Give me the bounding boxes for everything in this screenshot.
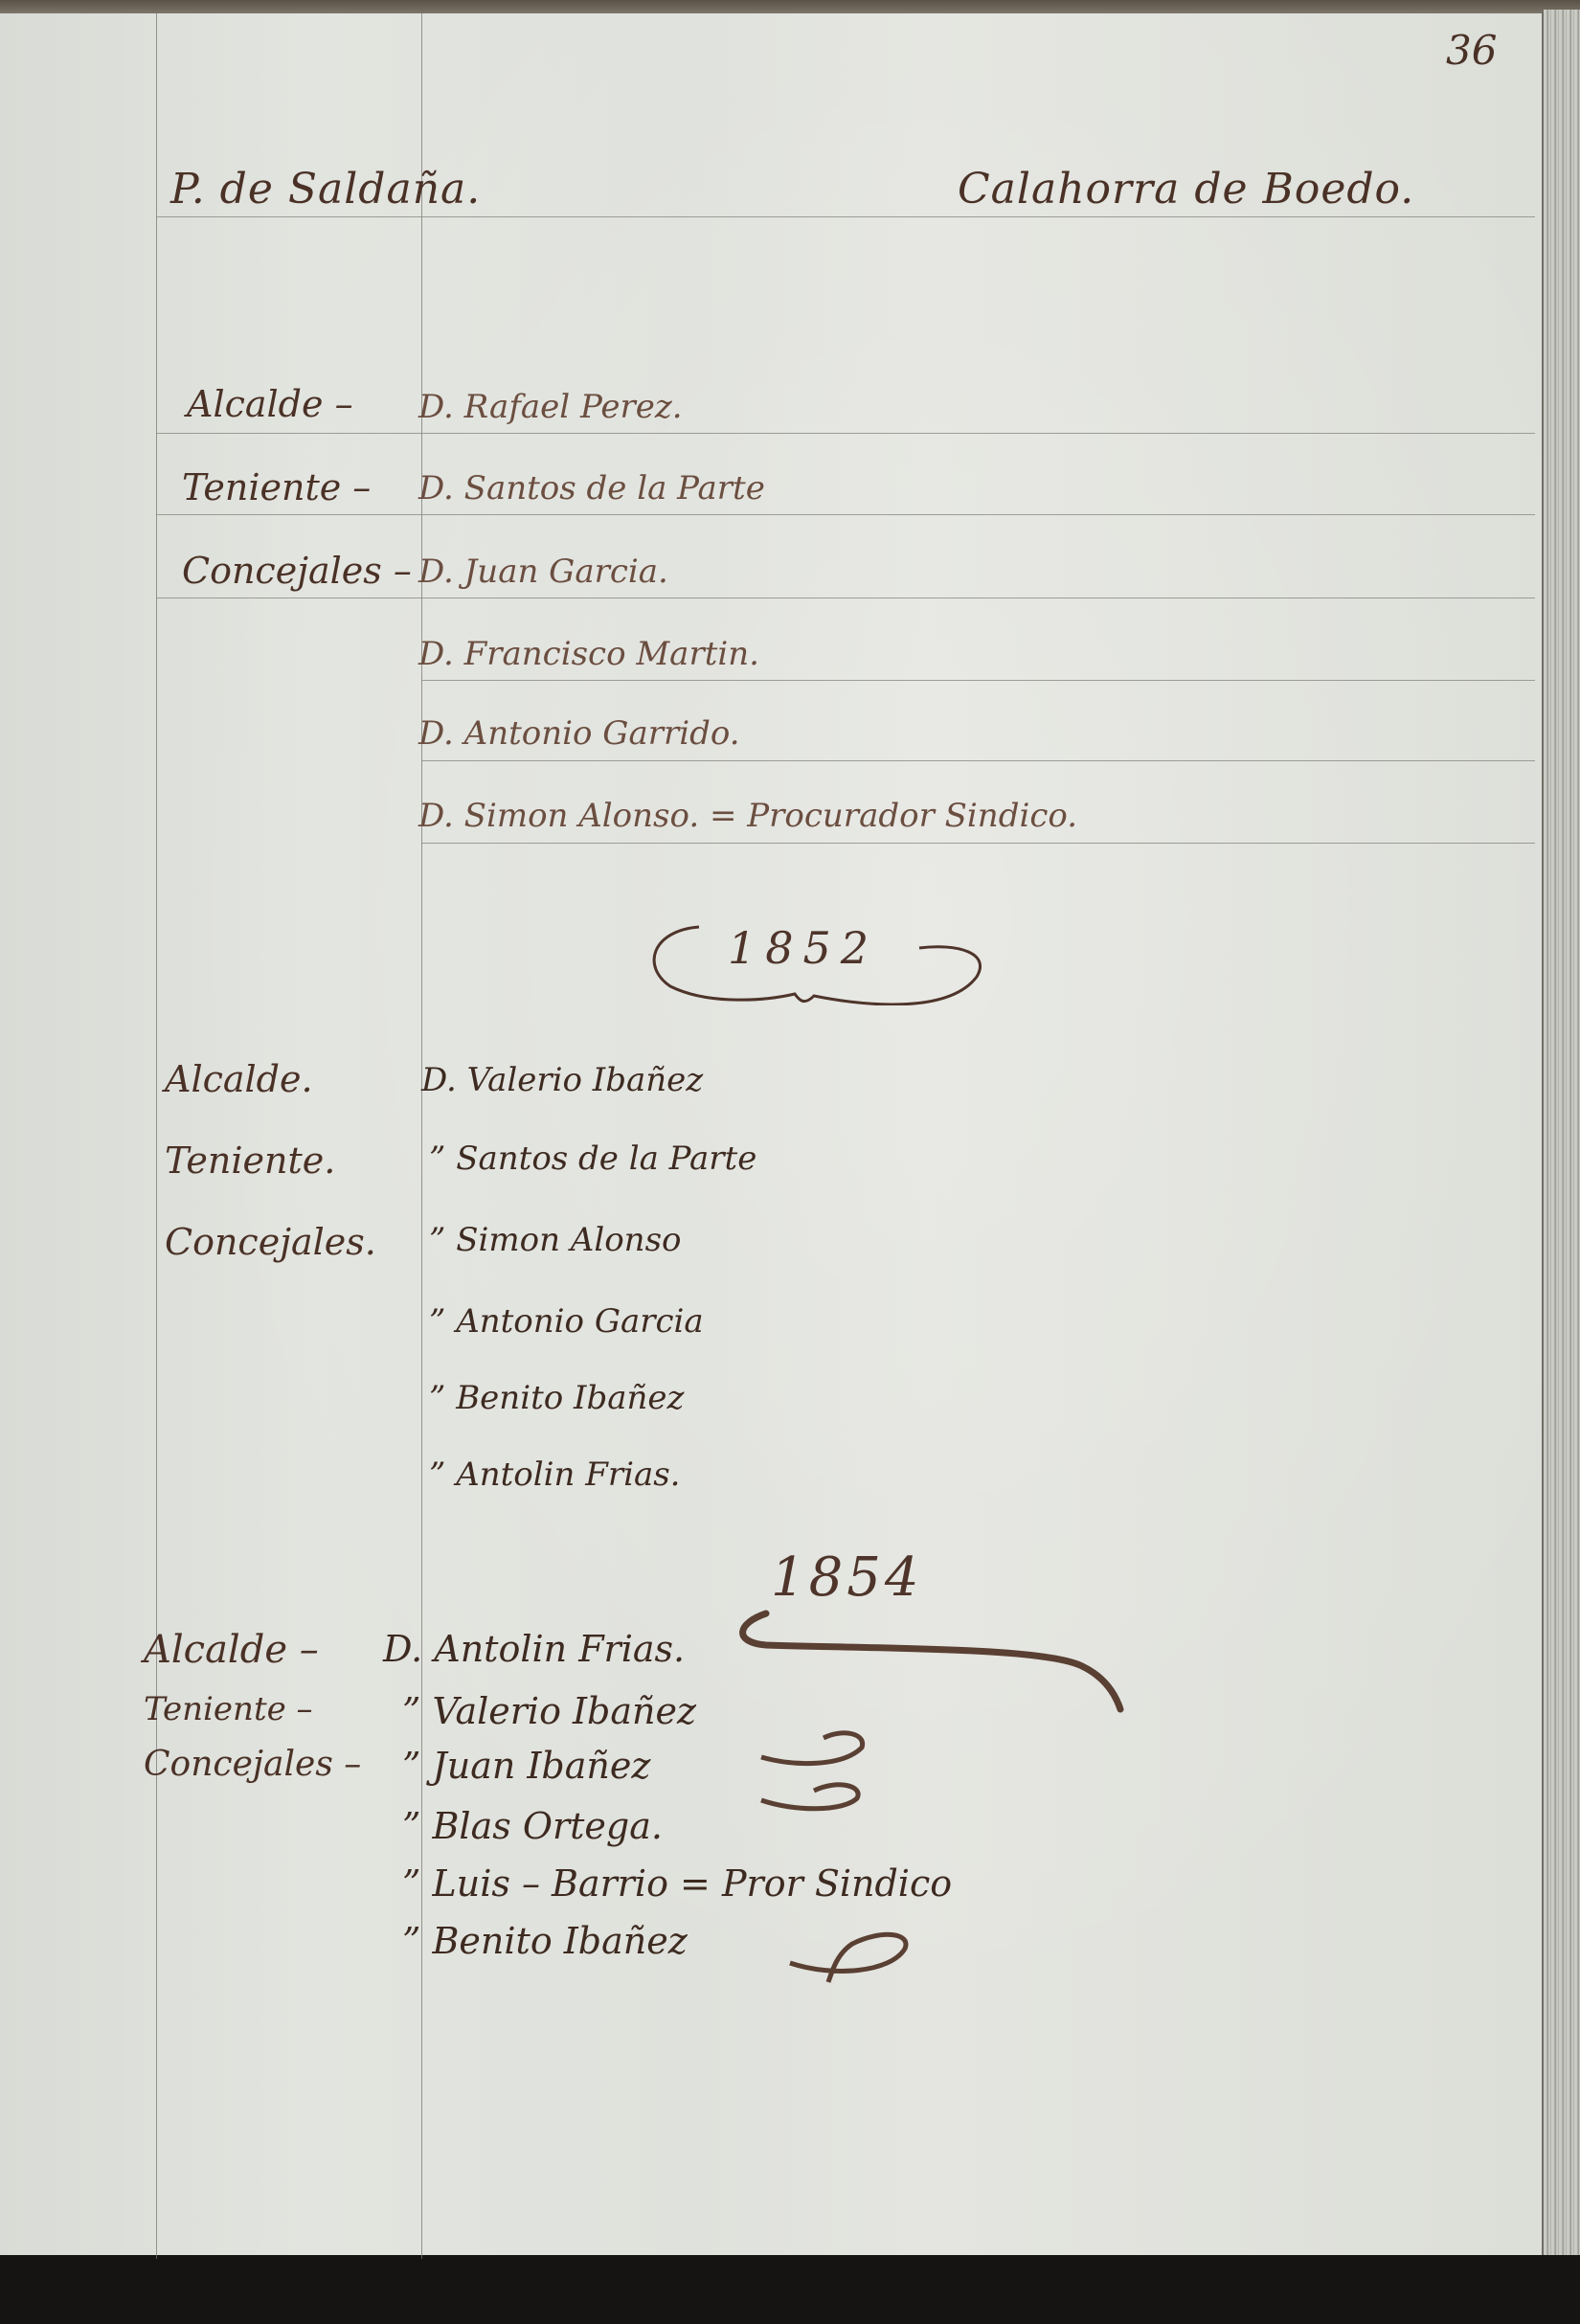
year-heading: 1852 [728, 922, 878, 974]
role-label: Concejales – [144, 1745, 361, 1784]
name-entry: D. Valerio Ibañez [421, 1061, 703, 1099]
role-label: Alcalde. [165, 1058, 313, 1100]
ruled-line [156, 433, 1535, 434]
ruled-line [421, 680, 1535, 681]
name-entry: ” Santos de la Parte [429, 1139, 756, 1178]
name-entry: D. Simon Alonso. = Procurador Sindico. [418, 797, 1077, 835]
name-entry: ” Benito Ibañez [429, 1379, 684, 1417]
name-entry: ” Luis – Barrio = Pror Sindico [402, 1862, 952, 1905]
scan-background [0, 2255, 1580, 2324]
role-label: Concejales. [165, 1221, 376, 1263]
name-entry: D. Santos de la Parte [418, 469, 765, 508]
role-label: Teniente – [144, 1690, 313, 1728]
ruled-line [421, 760, 1535, 761]
name-entry: ” Benito Ibañez [402, 1920, 688, 1962]
year-heading: 1854 [771, 1546, 923, 1609]
role-label: Teniente – [182, 466, 371, 508]
name-entry: ” Juan Ibañez [402, 1745, 650, 1787]
name-entry: ” Antonio Garcia [429, 1302, 704, 1341]
margin-rule-left [156, 13, 157, 2259]
name-entry: D. Rafael Perez. [418, 388, 683, 426]
name-entry: ” Valerio Ibañez [402, 1690, 696, 1732]
name-flourish-icon [785, 1925, 919, 1992]
name-entry: D. Juan Garcia. [418, 553, 668, 591]
header-rule [156, 216, 1535, 217]
role-label: Alcalde – [187, 383, 353, 425]
name-flourish-icon [756, 1771, 871, 1819]
header-right: Calahorra de Boedo. [958, 165, 1414, 214]
ruled-line [156, 598, 1535, 598]
name-entry: D. Antolin Frias. [383, 1628, 685, 1670]
name-flourish-icon [756, 1724, 871, 1771]
name-entry: ” Blas Ortega. [402, 1805, 663, 1847]
ruled-line [156, 514, 1535, 515]
name-entry: ” Antolin Frias. [429, 1455, 680, 1494]
page-stack-edge [1542, 10, 1580, 2289]
name-entry: D. Francisco Martin. [418, 635, 759, 673]
year-underline-flourish-icon [728, 1609, 1130, 1714]
name-entry: ” Simon Alonso [429, 1221, 681, 1259]
header-left: P. de Saldaña. [170, 165, 481, 214]
role-label: Concejales – [182, 550, 412, 592]
role-label: Alcalde – [144, 1628, 319, 1672]
page-number: 36 [1446, 27, 1497, 74]
ruled-line [421, 843, 1535, 844]
role-label: Teniente. [165, 1139, 335, 1182]
name-entry: D. Antonio Garrido. [418, 714, 740, 753]
